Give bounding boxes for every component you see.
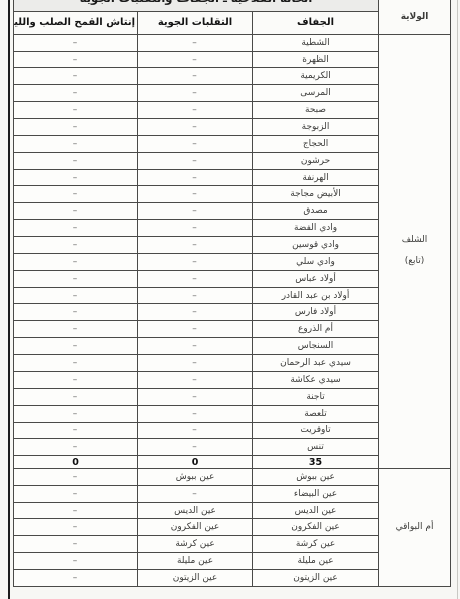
cell-jafaf: عين مليلة — [253, 553, 379, 570]
cell-entash: – — [14, 135, 138, 152]
cell-jafaf: تاجنة — [253, 388, 379, 405]
cell-jafaf: أولاد بن عبد القادر — [253, 287, 379, 304]
cell-jafaf: الزبوجة — [253, 119, 379, 136]
cell-taqallubat: – — [138, 338, 253, 355]
cell-taqallubat: – — [138, 34, 253, 51]
cell-jafaf: سيدي عبد الرحمان — [253, 355, 379, 372]
cell-entash: – — [14, 68, 138, 85]
cell-taqallubat: – — [138, 405, 253, 422]
cell-taqallubat: – — [138, 304, 253, 321]
cell-jafaf: أولاد عباس — [253, 270, 379, 287]
column-header-wilaya: الولاية — [379, 0, 451, 34]
cell-taqallubat: – — [138, 119, 253, 136]
cell-entash: – — [14, 253, 138, 270]
cell-jafaf: الشطية — [253, 34, 379, 51]
cell-jafaf: عين ببوش — [253, 468, 379, 485]
cell-taqallubat: – — [138, 371, 253, 388]
column-header-taqallubat: التقلبات الجوية — [138, 11, 253, 34]
cell-taqallubat: عين كرشة — [138, 536, 253, 553]
cell-taqallubat: عين الزيتون — [138, 570, 253, 587]
column-header-jafaf: الجفاف — [253, 11, 379, 34]
cell-entash: – — [14, 519, 138, 536]
cell-taqallubat: – — [138, 388, 253, 405]
cell-entash: 0 — [14, 456, 138, 469]
cell-jafaf: الهرنفة — [253, 169, 379, 186]
cell-entash: – — [14, 570, 138, 587]
cell-taqallubat: – — [138, 203, 253, 220]
cell-taqallubat: – — [138, 287, 253, 304]
cell-taqallubat: – — [138, 270, 253, 287]
cell-jafaf: عين كرشة — [253, 536, 379, 553]
clipped-report-title: الحالة الفلاحية ـ الجفاف والتقلبات الجوي… — [14, 0, 379, 11]
clipped-title-text: الحالة الفلاحية ـ الجفاف والتقلبات الجوي… — [16, 0, 376, 5]
cell-jafaf: تنس — [253, 439, 379, 456]
cell-entash: – — [14, 553, 138, 570]
clipped-title-row: الولاية الحالة الفلاحية ـ الجفاف والتقلب… — [14, 0, 451, 11]
cell-taqallubat: – — [138, 220, 253, 237]
cell-jafaf: الحجاج — [253, 135, 379, 152]
cell-taqallubat: عين ببوش — [138, 468, 253, 485]
cell-jafaf: عين الزيتون — [253, 570, 379, 587]
wilaya-cell: الشلف(تابع) — [379, 34, 451, 468]
table-row: أم البواقيعين ببوشعين ببوش– — [14, 468, 451, 485]
cell-entash: – — [14, 405, 138, 422]
scanned-report-page: الولاية الحالة الفلاحية ـ الجفاف والتقلب… — [0, 0, 460, 599]
cell-jafaf: عين الديس — [253, 502, 379, 519]
cell-entash: – — [14, 119, 138, 136]
cell-entash: – — [14, 338, 138, 355]
cell-jafaf: وادي سلي — [253, 253, 379, 270]
cell-taqallubat: – — [138, 85, 253, 102]
cell-jafaf: وادي قوسين — [253, 237, 379, 254]
cell-entash: – — [14, 237, 138, 254]
cell-jafaf: عين الفكرون — [253, 519, 379, 536]
cell-taqallubat: – — [138, 321, 253, 338]
cell-entash: – — [14, 169, 138, 186]
cell-entash: – — [14, 85, 138, 102]
cell-entash: – — [14, 485, 138, 502]
cell-jafaf: المرسى — [253, 85, 379, 102]
cell-jafaf: الكريمية — [253, 68, 379, 85]
cell-jafaf: عين البيضاء — [253, 485, 379, 502]
cell-jafaf: السنجاس — [253, 338, 379, 355]
cell-jafaf: الأبيض مجاجة — [253, 186, 379, 203]
cell-jafaf: صبحة — [253, 102, 379, 119]
cell-entash: – — [14, 186, 138, 203]
cell-jafaf: حرشون — [253, 152, 379, 169]
cell-jafaf: تاوقريت — [253, 422, 379, 439]
cell-jafaf: الظهرة — [253, 51, 379, 68]
cell-taqallubat: – — [138, 186, 253, 203]
cell-entash: – — [14, 388, 138, 405]
cell-taqallubat: 0 — [138, 456, 253, 469]
cell-taqallubat: – — [138, 485, 253, 502]
cell-entash: – — [14, 287, 138, 304]
cell-taqallubat: – — [138, 102, 253, 119]
cell-taqallubat: عين الديس — [138, 502, 253, 519]
cell-taqallubat: عين مليلة — [138, 553, 253, 570]
cell-taqallubat: عين الفكرون — [138, 519, 253, 536]
cell-entash: – — [14, 152, 138, 169]
cell-taqallubat: – — [138, 422, 253, 439]
cell-taqallubat: – — [138, 237, 253, 254]
page-margin-line — [8, 0, 10, 599]
cell-taqallubat: – — [138, 253, 253, 270]
cell-taqallubat: – — [138, 51, 253, 68]
cell-entash: – — [14, 371, 138, 388]
cell-entash: – — [14, 203, 138, 220]
cell-taqallubat: – — [138, 135, 253, 152]
cell-jafaf: مصدق — [253, 203, 379, 220]
cell-entash: – — [14, 102, 138, 119]
cell-taqallubat: – — [138, 355, 253, 372]
cell-entash: – — [14, 270, 138, 287]
cell-entash: – — [14, 220, 138, 237]
cell-jafaf: تلعصة — [253, 405, 379, 422]
cell-entash: – — [14, 468, 138, 485]
cell-entash: – — [14, 422, 138, 439]
cell-jafaf: وادي الفضة — [253, 220, 379, 237]
cell-taqallubat: – — [138, 152, 253, 169]
cell-jafaf: سيدي عكاشة — [253, 371, 379, 388]
cell-jafaf: أم الذروع — [253, 321, 379, 338]
cell-entash: – — [14, 502, 138, 519]
cell-entash: – — [14, 355, 138, 372]
column-header-entash: إنتاش القمح الصلب واللين — [14, 11, 138, 34]
cell-entash: – — [14, 536, 138, 553]
cell-taqallubat: – — [138, 439, 253, 456]
cell-entash: – — [14, 304, 138, 321]
cell-jafaf: أولاد فارس — [253, 304, 379, 321]
table-row: الشلف(تابع)الشطية–– — [14, 34, 451, 51]
agriculture-damage-table: الولاية الحالة الفلاحية ـ الجفاف والتقلب… — [13, 0, 451, 587]
cell-taqallubat: – — [138, 68, 253, 85]
cell-entash: – — [14, 51, 138, 68]
cell-entash: – — [14, 34, 138, 51]
wilaya-cell: أم البواقي — [379, 468, 451, 586]
cell-taqallubat: – — [138, 169, 253, 186]
cell-jafaf: 35 — [253, 456, 379, 469]
page-edge-line — [457, 0, 458, 599]
cell-entash: – — [14, 321, 138, 338]
cell-entash: – — [14, 439, 138, 456]
